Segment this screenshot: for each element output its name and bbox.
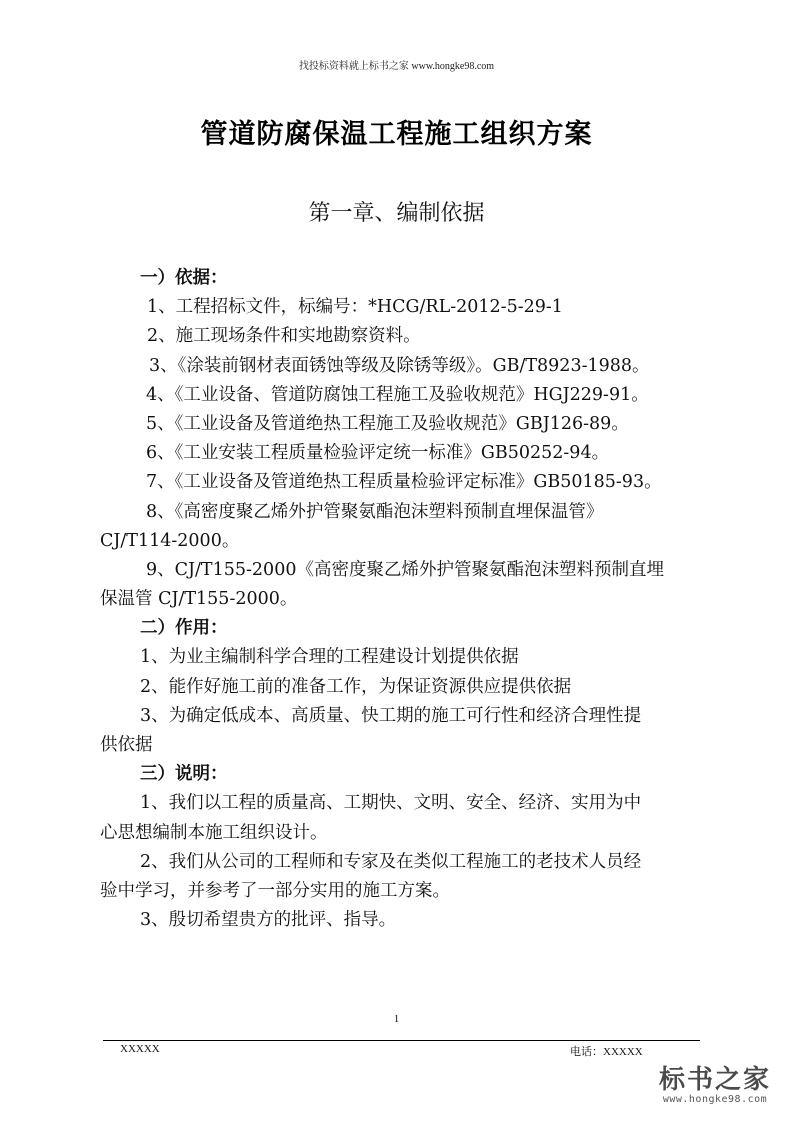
notes-item-1-cont: 心思想编制本施工组织设计。 — [100, 819, 715, 848]
basis-item-2: 2、施工现场条件和实地勘察资料。 — [103, 322, 715, 351]
footer-phone: 电话：XXXXX — [570, 1043, 643, 1059]
basis-item-8-cont: CJ/T114-2000。 — [100, 527, 715, 556]
notes-item-3: 3、殷切希望贵方的批评、指导。 — [103, 906, 715, 935]
watermark-logo: 标书之家 www.hongke98.com — [655, 1066, 775, 1105]
purpose-item-1: 1、为业主编制科学合理的工程建设计划提供依据 — [103, 643, 715, 672]
basis-item-1: 1、工程招标文件，标编号：*HCG/RL-2012-5-29-1 — [103, 293, 715, 322]
section-heading-purpose: 二）作用： — [103, 614, 715, 643]
purpose-item-2: 2、能作好施工前的准备工作，为保证资源供应提供依据 — [103, 673, 715, 702]
document-body: 一）依据： 1、工程招标文件，标编号：*HCG/RL-2012-5-29-1 2… — [103, 264, 715, 935]
page-number: 1 — [0, 1013, 793, 1025]
document-title: 管道防腐保温工程施工组织方案 — [0, 112, 793, 151]
basis-item-7: 7、《工业设备及管道绝热工程质量检验评定标准》GB50185-93。 — [103, 468, 715, 497]
basis-item-9: 9、CJ/T155-2000《高密度聚乙烯外护管聚氨酯泡沫塑料预制直埋 — [103, 556, 715, 585]
basis-item-3: 3、《涂装前钢材表面锈蚀等级及除锈等级》。GB/T8923-1988。 — [103, 352, 715, 381]
section-heading-notes: 三）说明： — [103, 760, 715, 789]
basis-item-5: 5、《工业设备及管道绝热工程施工及验收规范》GBJ126-89。 — [103, 410, 715, 439]
section-heading-basis: 一）依据： — [103, 264, 715, 293]
footer-divider — [103, 1040, 700, 1041]
notes-item-2-cont: 验中学习，并参考了一部分实用的施工方案。 — [100, 877, 715, 906]
purpose-item-3-cont: 供依据 — [100, 731, 715, 760]
notes-item-2: 2、我们从公司的工程师和专家及在类似工程施工的老技术人员经 — [103, 848, 715, 877]
purpose-item-3: 3、为确定低成本、高质量、快工期的施工可行性和经济合理性提 — [103, 702, 715, 731]
notes-item-1: 1、我们以工程的质量高、工期快、文明、安全、经济、实用为中 — [103, 789, 715, 818]
basis-item-9-cont: 保温管 CJ/T155-2000。 — [100, 585, 715, 614]
basis-item-4: 4、《工业设备、管道防腐蚀工程施工及验收规范》HGJ229-91。 — [103, 381, 715, 410]
watermark-title: 标书之家 — [655, 1066, 775, 1094]
page-header: 找投标资料就上标书之家 www.hongke98.com — [0, 57, 793, 72]
basis-item-8: 8、《高密度聚乙烯外护管聚氨酯泡沫塑料预制直埋保温管》 — [103, 498, 715, 527]
basis-item-6: 6、《工业安装工程质量检验评定统一标准》GB50252-94。 — [103, 439, 715, 468]
watermark-url: www.hongke98.com — [655, 1094, 775, 1105]
chapter-heading: 第一章、编制依据 — [0, 196, 793, 227]
footer-left: XXXXX — [120, 1043, 160, 1055]
